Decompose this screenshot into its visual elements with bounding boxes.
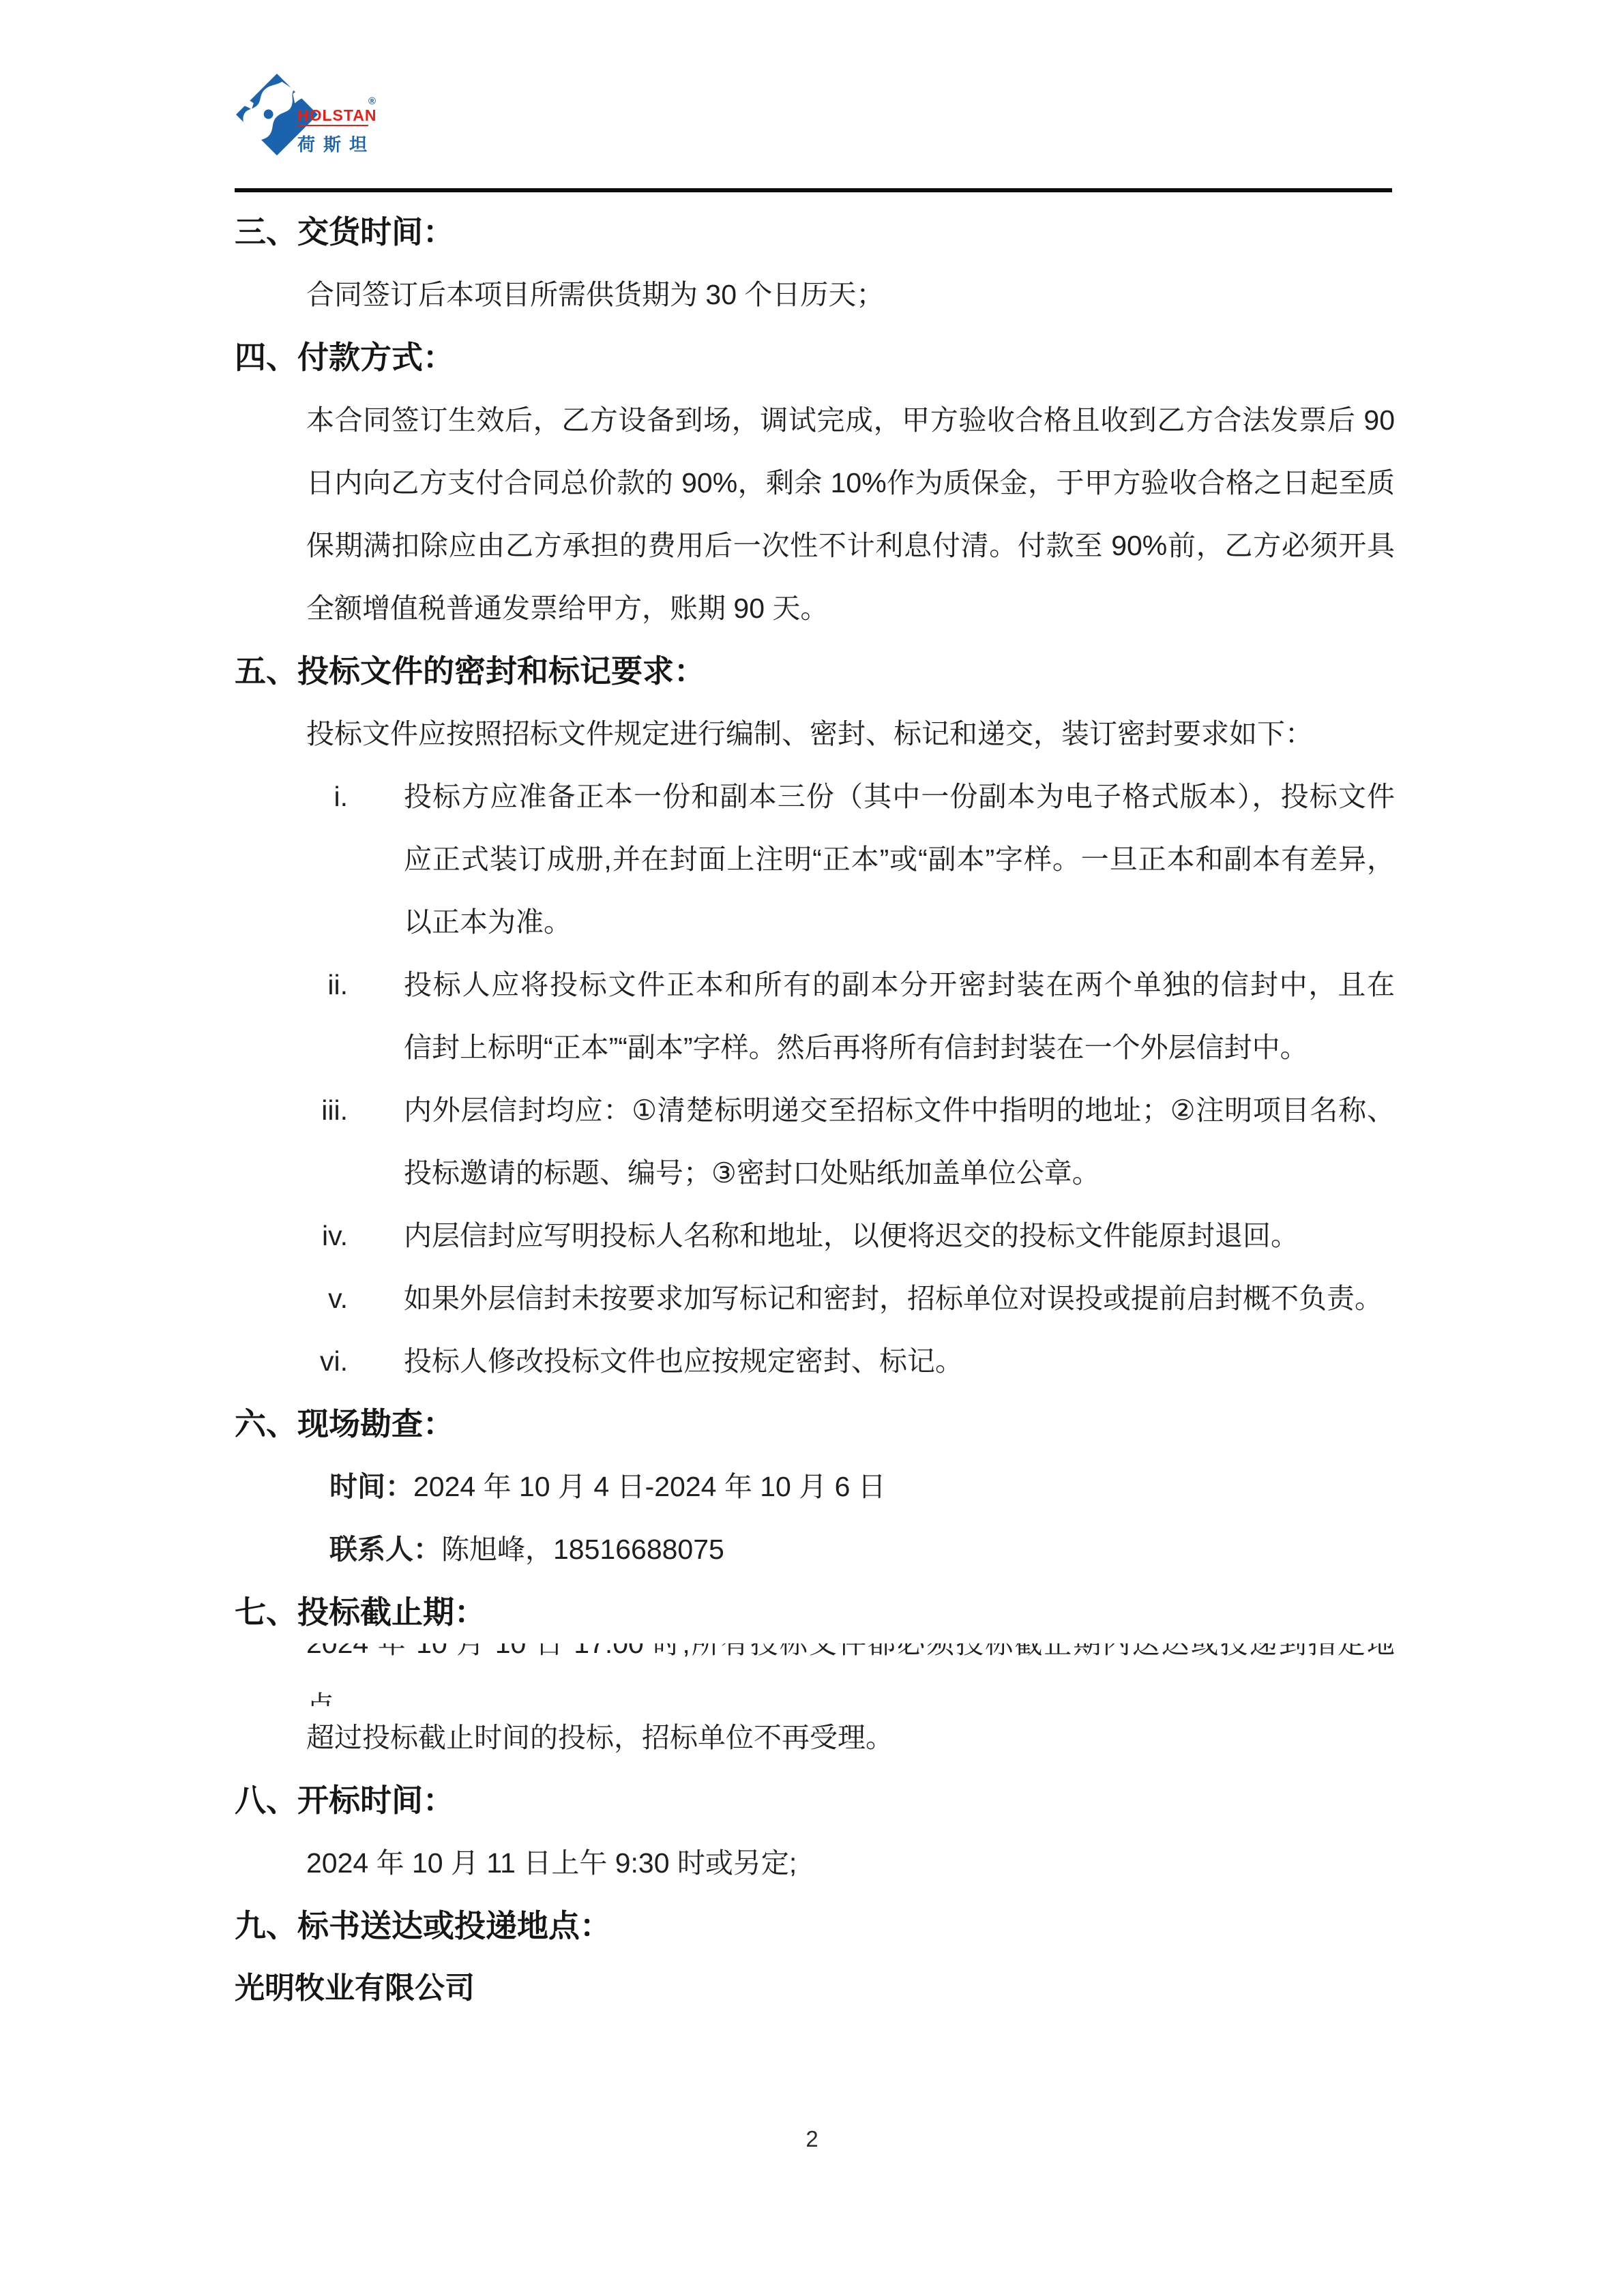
document-page: HOLSTAN ® 荷斯坦 三、交货时间：合同签订后本项目所需供货期为 30 个… [0, 0, 1624, 2296]
list-item: v.如果外层信封未按要求加写标记和密封，招标单位对误投或提前启封概不负责。 [235, 1267, 1395, 1330]
brand-name: HOLSTAN [297, 106, 377, 124]
line-text: 八、开标时间： [235, 1769, 454, 1832]
paragraph-line: 保期满扣除应由乙方承担的费用后一次性不计利息付清。付款至 90%前，乙方必须开具 [235, 514, 1395, 577]
paragraph-line: 投标文件应按照招标文件规定进行编制、密封、标记和递交，装订密封要求如下： [235, 702, 1395, 765]
line-text: 应正式装订成册,并在封面上注明“正本”或“副本”字样。一旦正本和副本有差异， [404, 828, 1395, 891]
paragraph-line: 日内向乙方支付合同总价款的 90%，剩余 10%作为质保金，于甲方验收合格之日起… [235, 451, 1395, 514]
paragraph-line: 合同签订后本项目所需供货期为 30 个日历天； [235, 263, 1395, 326]
line-text: 内层信封应写明投标人名称和地址，以便将迟交的投标文件能原封退回。 [404, 1204, 1299, 1267]
section-heading: 五、投标文件的密封和标记要求： [235, 640, 1395, 702]
line-text: 以正本为准。 [404, 891, 572, 953]
line-text: 信封上标明“正本”“副本”字样。然后再将所有信封封装在一个外层信封中。 [404, 1016, 1308, 1079]
paragraph-line: 2024 年 10 月 10 日 17:00 时;所有投标文件都必须投标截止期内… [235, 1643, 1395, 1706]
brand-name-cn: 荷斯坦 [297, 131, 461, 156]
list-item: iv.内层信封应写明投标人名称和地址，以便将迟交的投标文件能原封退回。 [235, 1204, 1395, 1267]
page-number: 2 [0, 2126, 1624, 2152]
line-text: 超过投标截止时间的投标，招标单位不再受理。 [306, 1706, 894, 1769]
paragraph-line: 全额增值税普通发票给甲方，账期 90 天。 [235, 577, 1395, 640]
line-text: 七、投标截止期： [235, 1581, 486, 1643]
header-divider [235, 188, 1392, 192]
line-text: 投标方应准备正本一份和副本三份（其中一份副本为电子格式版本），投标文件 [404, 765, 1395, 828]
line-text: 陈旭峰，18516688075 [441, 1518, 724, 1581]
line-text: 全额增值税普通发票给甲方，账期 90 天。 [306, 577, 828, 640]
company-logo: HOLSTAN ® 荷斯坦 [235, 72, 467, 161]
list-item-continuation: 以正本为准。 [235, 891, 1395, 953]
line-text: 投标人修改投标文件也应按规定密封、标记。 [404, 1330, 963, 1392]
section-heading: 七、投标截止期： [235, 1581, 1395, 1643]
registered-mark-icon: ® [368, 95, 376, 107]
section-heading: 三、交货时间： [235, 200, 1395, 263]
line-text: 投标邀请的标题、编号；③密封口处贴纸加盖单位公章。 [404, 1142, 1100, 1204]
list-item: i.投标方应准备正本一份和副本三份（其中一份副本为电子格式版本），投标文件 [235, 765, 1395, 828]
section-heading: 九、标书送达或投递地点： [235, 1894, 1395, 1957]
document-body: 三、交货时间：合同签订后本项目所需供货期为 30 个日历天；四、付款方式：本合同… [235, 200, 1395, 2020]
line-text: 五、投标文件的密封和标记要求： [235, 640, 705, 702]
label-line: 时间：2024 年 10 月 4 日-2024 年 10 月 6 日 [235, 1455, 1395, 1518]
line-text: 日内向乙方支付合同总价款的 90%，剩余 10%作为质保金，于甲方验收合格之日起… [306, 451, 1395, 514]
line-text: 九、标书送达或投递地点： [235, 1894, 611, 1957]
list-item: iii.内外层信封均应：①清楚标明递交至招标文件中指明的地址；②注明项目名称、 [235, 1079, 1395, 1142]
section-heading: 八、开标时间： [235, 1769, 1395, 1832]
list-item: ii.投标人应将投标文件正本和所有的副本分开密封装在两个单独的信封中，且在 [235, 953, 1395, 1016]
line-text: 内外层信封均应：①清楚标明递交至招标文件中指明的地址；②注明项目名称、 [404, 1079, 1395, 1142]
list-item-number: i. [235, 765, 348, 828]
line-text: 投标人应将投标文件正本和所有的副本分开密封装在两个单独的信封中，且在 [404, 953, 1395, 1016]
paragraph-line: 2024 年 10 月 11 日上午 9:30 时或另定; [235, 1832, 1395, 1894]
line-text: 本合同签订生效后，乙方设备到场，调试完成，甲方验收合格且收到乙方合法发票后 90 [306, 389, 1395, 451]
label-line: 联系人：陈旭峰，18516688075 [235, 1518, 1395, 1581]
paragraph-line: 本合同签订生效后，乙方设备到场，调试完成，甲方验收合格且收到乙方合法发票后 90 [235, 389, 1395, 451]
list-item-number: vi. [235, 1330, 348, 1392]
line-text: 投标文件应按照招标文件规定进行编制、密封、标记和递交，装订密封要求如下： [306, 702, 1313, 765]
list-item-continuation: 信封上标明“正本”“副本”字样。然后再将所有信封封装在一个外层信封中。 [235, 1016, 1395, 1079]
brand-underline [297, 125, 368, 126]
field-label: 时间： [329, 1455, 413, 1518]
section-heading: 四、付款方式： [235, 326, 1395, 389]
list-item-continuation: 应正式装订成册,并在封面上注明“正本”或“副本”字样。一旦正本和副本有差异， [235, 828, 1395, 891]
line-text: 三、交货时间： [235, 200, 454, 263]
line-text: 四、付款方式： [235, 326, 454, 389]
line-text: 2024 年 10 月 10 日 17:00 时;所有投标文件都必须投标截止期内… [306, 1643, 1395, 1706]
list-item-number: iv. [235, 1204, 348, 1267]
line-text: 保期满扣除应由乙方承担的费用后一次性不计利息付清。付款至 90%前，乙方必须开具 [306, 514, 1395, 577]
list-item-number: iii. [235, 1079, 348, 1142]
list-item-number: ii. [235, 953, 348, 1016]
line-text: 光明牧业有限公司 [235, 1957, 475, 2020]
line-text: 2024 年 10 月 4 日-2024 年 10 月 6 日 [413, 1455, 886, 1518]
line-text: 如果外层信封未按要求加写标记和密封，招标单位对误投或提前启封概不负责。 [404, 1267, 1383, 1330]
list-item-number: v. [235, 1267, 348, 1330]
logo-text: HOLSTAN ® 荷斯坦 [297, 106, 461, 156]
field-label: 联系人： [329, 1518, 441, 1581]
list-item: vi.投标人修改投标文件也应按规定密封、标记。 [235, 1330, 1395, 1392]
section-heading: 六、现场勘查： [235, 1392, 1395, 1455]
line-text: 合同签订后本项目所需供货期为 30 个日历天； [306, 263, 884, 326]
address-line: 光明牧业有限公司 [235, 1957, 1395, 2020]
line-text: 2024 年 10 月 11 日上午 9:30 时或另定; [306, 1832, 797, 1894]
list-item-continuation: 投标邀请的标题、编号；③密封口处贴纸加盖单位公章。 [235, 1142, 1395, 1204]
line-text: 六、现场勘查： [235, 1392, 454, 1455]
paragraph-line: 超过投标截止时间的投标，招标单位不再受理。 [235, 1706, 1395, 1769]
